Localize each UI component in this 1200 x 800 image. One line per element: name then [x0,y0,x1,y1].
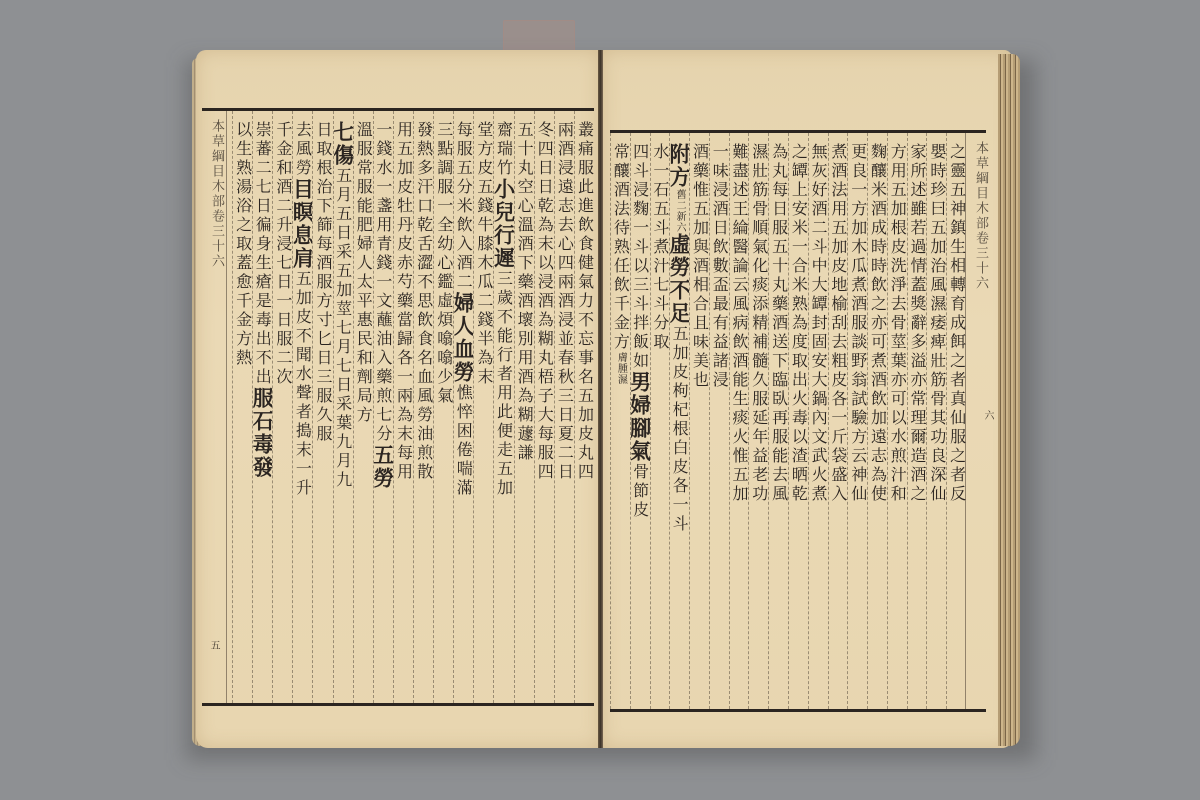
text-segment: 一味浸酒日飲數盃最有益諸浸 [710,143,728,390]
column-text: 叢痛服此進飲食健氣力不忘事名五加皮丸四 [576,121,592,482]
text-column: 齋瑞竹小兒行遲三歲不能行者用此便走五加 [493,111,513,703]
text-column: 五十丸空心溫酒下藥酒壞別用酒為糊蘧謙 [514,111,534,703]
text-segment: 日取根治下篩每酒服方寸匕日三服久服 [314,121,333,444]
text-column: 冬四日日乾為末以浸酒為糊丸梧子大每服四 [534,111,554,703]
section-heading: 婦人血勞 [453,292,473,384]
text-segment: 齋瑞竹 [495,121,514,178]
text-column: 濕壯筋骨順氣化痰添精補髓久服延年益老功 [748,133,768,709]
column-text: 發熱多汗口乾舌澀不思飲食名血風勞油煎散 [416,121,432,482]
text-column: 七傷五月五日采五加莖七月七日采葉九月九 [333,111,353,703]
column-text: 一錢水一盞用青錢一文蘸油入藥煎七分五勞 [373,121,393,490]
right-margin-title: 本草綱目木部卷三十六 [965,133,990,709]
section-heading: 男婦腳氣 [630,371,650,463]
text-column: 更良一方加木瓜煮酒服談野翁試驗方云神仙 [847,133,867,709]
column-text: 每服五分米飲入酒二婦人血勞憔悴困倦喘滿 [453,121,473,498]
text-segment: 冬四日日乾為末以浸酒為糊丸梧子大每服四 [535,121,554,482]
column-text: 更良一方加木瓜煮酒服談野翁試驗方云神仙 [850,143,866,504]
text-segment: 之罈上安米一合米熟為度取出火毒以渣晒乾 [789,143,807,504]
text-segment: 方用五加根皮洗淨去骨莖葉亦可以水煎汁和 [888,143,906,504]
column-text: 千金和酒二升浸七日一日服二次 [275,121,291,387]
text-segment: 嬰時珍曰五加治風濕痿痺壯筋骨其功良深仙 [928,143,946,504]
text-column: 酒藥惟五加與酒相合且味美也 [689,133,709,709]
column-text: 附方舊二新六虛勞不足五加皮枸杞根白皮各一斗 [669,143,689,534]
column-text: 以生熟湯浴之取蓋愈千金方熱 [235,121,251,368]
text-column: 日取根治下篩每酒服方寸匕日三服久服 [312,111,332,703]
text-column: 三點調服一全幼心鑑虛煩噏噏少氣 [433,111,453,703]
text-segment: 四斗浸麴一斗以三斗拌飯如 [631,143,650,371]
text-segment: 兩酒浸遠志去心四兩酒浸並春秋三日夏二日 [555,121,574,482]
text-segment: 五十丸空心溫酒下藥酒壞別用酒為糊 [515,121,534,425]
text-column: 千金和酒二升浸七日一日服二次 [272,111,292,703]
column-text: 一味浸酒日飲數盃最有益諸浸 [711,143,727,390]
column-text: 難盡述王綸醫論云風病飲酒能生痰火惟五加 [731,143,747,504]
text-column: 水一石五斗煮汁七斗分取 [650,133,670,709]
text-segment: 無灰好酒二斗中大罈封固安大鍋內文武火煮 [809,143,827,504]
text-segment: 蘧謙 [515,425,534,463]
text-segment: 用五加皮牡丹皮赤芍藥當歸各一兩為末每用 [394,121,413,482]
text-column: 嬰時珍曰五加治風濕痿痺壯筋骨其功良深仙 [926,133,946,709]
column-text: 七傷五月五日采五加莖七月七日采葉九月九 [333,121,353,490]
text-segment: 三點調服一全幼心鑑 [435,121,454,292]
text-segment: 發熱多汗口乾舌澀不思飲食名血風勞油煎散 [415,121,434,482]
text-column: 以生熟湯浴之取蓋愈千金方熱 [232,111,252,703]
right-page-edge [998,54,1020,746]
text-column: 之靈五神鎮生相轉育成餌之者真仙服之者反 [946,133,966,709]
text-segment: 千金方 [611,295,629,352]
section-heading: 小兒行遲 [493,178,513,270]
text-segment: 崇蕃二七日徧身生瘡是毒出不出 [253,121,272,387]
text-segment: 煮酒法用五加皮地榆刮去粗皮各一斤袋盛入 [829,143,847,504]
section-heading: 服石毒發 [252,387,272,479]
text-segment: 舊二新六 [674,189,685,233]
column-text: 崇蕃二七日徧身生瘡是毒出不出服石毒發 [252,121,272,479]
text-segment: 難盡述王綸醫論云風病飲酒能生痰火惟五加 [730,143,748,504]
column-text: 之靈五神鎮生相轉育成餌之者真仙服之者反 [949,143,965,504]
text-segment: 五加皮枸杞根白皮各一斗 [670,325,689,534]
text-segment: 骨節皮 [631,463,650,520]
text-segment: 溫服常服能肥婦人 [354,121,373,273]
text-column: 附方舊二新六虛勞不足五加皮枸杞根白皮各一斗 [669,133,689,709]
text-column: 用五加皮牡丹皮赤芍藥當歸各一兩為末每用 [393,111,413,703]
text-column: 發熱多汗口乾舌澀不思飲食名血風勞油煎散 [413,111,433,703]
text-segment: 以生熟湯浴之取蓋愈 [234,121,253,292]
left-text-columns: 叢痛服此進飲食健氣力不忘事名五加皮丸四兩酒浸遠志去心四兩酒浸並春秋三日夏二日冬四… [232,111,594,703]
column-text: 濕壯筋骨順氣化痰添精補髓久服延年益老功 [751,143,767,504]
text-segment: 膚腫濕 [615,352,626,385]
section-heading: 目瞑息肩 [292,178,312,270]
text-segment: 麴釀米酒成時時飲之亦可煮酒飲加遠志為使 [868,143,886,504]
text-column: 兩酒浸遠志去心四兩酒浸並春秋三日夏二日 [554,111,574,703]
column-text: 為丸每日服五十丸藥酒送下臨臥再服能去風 [771,143,787,504]
text-segment: 為丸每日服五十丸藥酒送下臨臥再服能去風 [770,143,788,504]
column-text: 家所述雖若過情蓋獎辭多溢亦常理爾造酒之 [909,143,925,504]
text-column: 每服五分米飲入酒二婦人血勞憔悴困倦喘滿 [453,111,473,703]
column-text: 堂方皮五錢牛膝木瓜二錢半為末 [476,121,492,387]
text-segment: 五加皮不聞水聲者搗末一升 [293,270,312,498]
text-column: 家所述雖若過情蓋獎辭多溢亦常理爾造酒之 [907,133,927,709]
column-text: 煮酒法用五加皮地榆刮去粗皮各一斤袋盛入 [830,143,846,504]
column-text: 冬四日日乾為末以浸酒為糊丸梧子大每服四 [536,121,552,482]
text-segment: 每服五分米飲入酒二 [454,121,473,292]
column-text: 常釀酒法待熟任飲千金方膚腫濕 [612,143,628,385]
text-column: 難盡述王綸醫論云風病飲酒能生痰火惟五加 [729,133,749,709]
text-segment: 酒藥惟五加與酒相合且味美也 [690,143,708,390]
text-column: 之罈上安米一合米熟為度取出火毒以渣晒乾 [788,133,808,709]
column-text: 四斗浸麴一斗以三斗拌飯如男婦腳氣骨節皮 [630,143,650,520]
text-column: 一味浸酒日飲數盃最有益諸浸 [709,133,729,709]
text-column: 去風勞目瞑息肩五加皮不聞水聲者搗末一升 [292,111,312,703]
text-segment: 熱 [234,349,253,368]
text-segment: 五月五日采五加莖七月七日采葉九月九 [334,167,353,490]
text-column: 溫服常服能肥婦人太平惠民和劑局方 [353,111,373,703]
text-segment: 千金方 [234,292,253,349]
text-segment: 三歲不能行者用此便走五加 [495,270,514,498]
text-column: 堂方皮五錢牛膝木瓜二錢半為末 [473,111,493,703]
text-segment: 皮五錢牛膝木瓜二錢半為末 [475,159,494,387]
right-text-columns: 之靈五神鎮生相轉育成餌之者真仙服之者反嬰時珍曰五加治風濕痿痺壯筋骨其功良深仙家所… [610,133,966,709]
column-text: 水一石五斗煮汁七斗分取 [652,143,668,352]
left-page-number: 五 [206,640,221,650]
column-text: 無灰好酒二斗中大罈封固安大鍋內文武火煮 [810,143,826,504]
right-text-frame: 本草綱目木部卷三十六 之靈五神鎮生相轉育成餌之者真仙服之者反嬰時珍曰五加治風濕痿… [610,130,986,712]
column-text: 方用五加根皮洗淨去骨莖葉亦可以水煎汁和 [889,143,905,504]
left-text-frame: 本草綱目木部卷三十六 叢痛服此進飲食健氣力不忘事名五加皮丸四兩酒浸遠志去心四兩酒… [202,108,594,706]
open-book: 本草綱目木部卷三十六 叢痛服此進飲食健氣力不忘事名五加皮丸四兩酒浸遠志去心四兩酒… [192,50,1020,750]
text-segment: 去風勞 [293,121,312,178]
text-column: 四斗浸麴一斗以三斗拌飯如男婦腳氣骨節皮 [630,133,650,709]
book-spine [598,50,603,748]
column-text: 去風勞目瞑息肩五加皮不聞水聲者搗末一升 [292,121,312,498]
column-text: 兩酒浸遠志去心四兩酒浸並春秋三日夏二日 [556,121,572,482]
text-column: 常釀酒法待熟任飲千金方膚腫濕 [610,133,630,709]
text-column: 麴釀米酒成時時飲之亦可煮酒飲加遠志為使 [867,133,887,709]
text-segment: 常釀酒法待熟任飲 [611,143,629,295]
section-heading: 附方 [669,143,689,189]
column-text: 麴釀米酒成時時飲之亦可煮酒飲加遠志為使 [869,143,885,504]
column-text: 嬰時珍曰五加治風濕痿痺壯筋骨其功良深仙 [929,143,945,504]
column-text: 之罈上安米一合米熟為度取出火毒以渣晒乾 [790,143,806,504]
text-segment: 水一石五斗煮汁七斗分取 [651,143,669,352]
text-segment: 之靈五神鎮生相轉育成餌之者真仙服之者反 [948,143,966,504]
text-segment: 叢痛服此進飲食健氣力不忘事名五加皮丸四 [575,121,594,482]
section-heading: 虛勞不足 [669,233,689,325]
text-column: 煮酒法用五加皮地榆刮去粗皮各一斤袋盛入 [828,133,848,709]
column-text: 日取根治下篩每酒服方寸匕日三服久服 [315,121,331,444]
left-margin-title: 本草綱目木部卷三十六 [202,111,227,703]
text-column: 方用五加根皮洗淨去骨莖葉亦可以水煎汁和 [887,133,907,709]
text-column: 為丸每日服五十丸藥酒送下臨臥再服能去風 [768,133,788,709]
section-heading: 七傷 [333,121,353,167]
text-column: 叢痛服此進飲食健氣力不忘事名五加皮丸四 [574,111,594,703]
column-text: 溫服常服能肥婦人太平惠民和劑局方 [355,121,371,425]
text-segment: 太平惠民和劑局方 [354,273,373,425]
right-page-number: 六 [980,410,995,420]
text-column: 崇蕃二七日徧身生瘡是毒出不出服石毒發 [252,111,272,703]
text-segment: 更良一方加木瓜煮酒服談野翁試驗方云神仙 [849,143,867,504]
column-text: 齋瑞竹小兒行遲三歲不能行者用此便走五加 [494,121,514,498]
column-text: 三點調服一全幼心鑑虛煩噏噏少氣 [436,121,452,406]
column-text: 五十丸空心溫酒下藥酒壞別用酒為糊蘧謙 [516,121,532,463]
text-segment: 千金 [274,121,293,159]
text-segment: 虛煩噏噏少氣 [435,292,454,406]
text-segment: 一錢水一盞用青錢一文蘸油入藥煎七分 [374,121,393,444]
text-segment: 堂方 [475,121,494,159]
section-heading: 五勞 [373,444,393,490]
text-column: 一錢水一盞用青錢一文蘸油入藥煎七分五勞 [373,111,393,703]
column-text: 酒藥惟五加與酒相合且味美也 [691,143,707,390]
text-segment: 和酒二升浸七日一日服二次 [274,159,293,387]
text-segment: 憔悴困倦喘滿 [454,384,473,498]
column-text: 用五加皮牡丹皮赤芍藥當歸各一兩為末每用 [395,121,411,482]
text-segment: 濕壯筋骨順氣化痰添精補髓久服延年益老功 [750,143,768,504]
text-segment: 家所述雖若過情蓋獎辭多溢亦常理爾造酒之 [908,143,926,504]
text-column: 無灰好酒二斗中大罈封固安大鍋內文武火煮 [808,133,828,709]
